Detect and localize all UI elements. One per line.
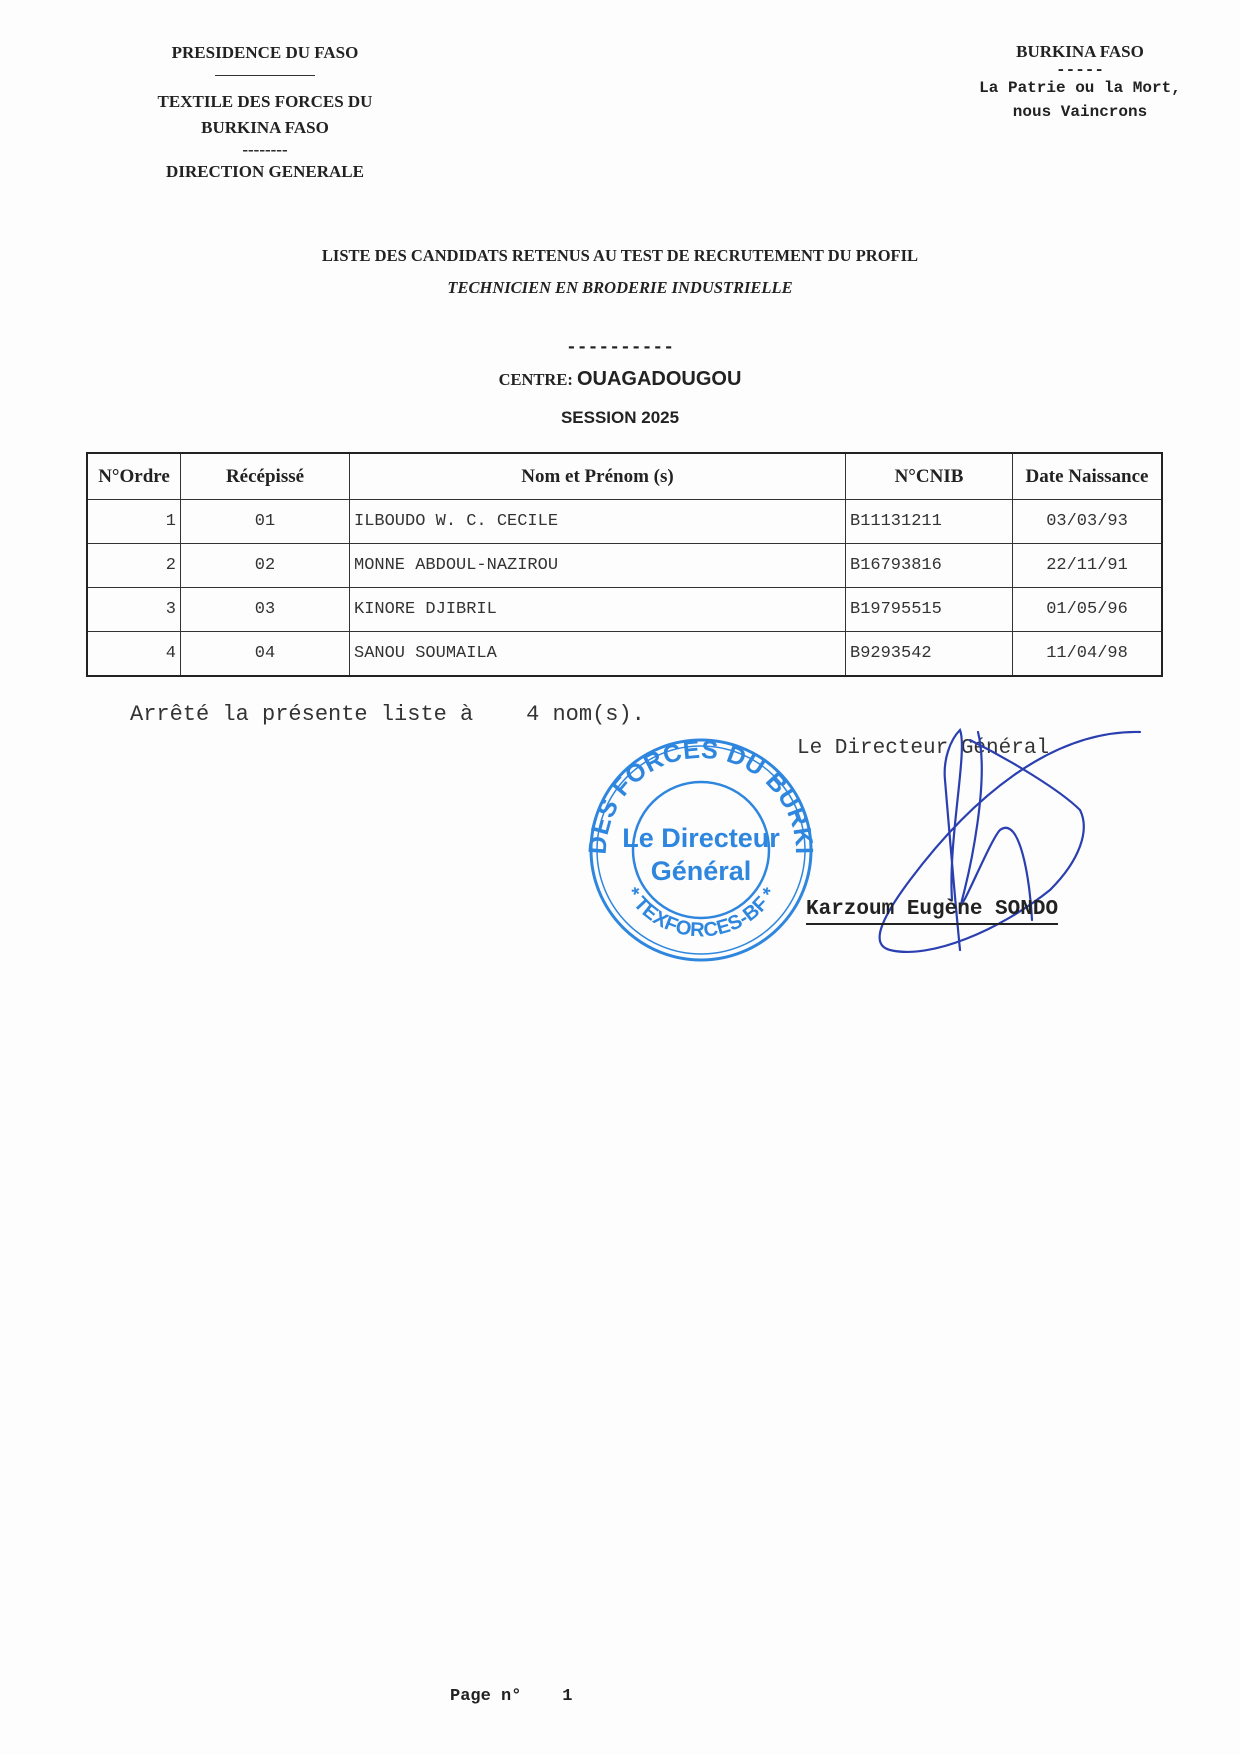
cell-recepisse: 03 <box>181 588 350 632</box>
cell-cnib: B11131211 <box>846 500 1013 544</box>
cell-date: 03/03/93 <box>1013 500 1163 544</box>
presidence-label: PRESIDENCE DU FASO <box>110 40 420 66</box>
motto-line2: nous Vaincrons <box>950 100 1210 124</box>
header-recepisse: Récépissé <box>181 453 350 500</box>
table-row: 2 02 MONNE ABDOUL-NAZIROU B16793816 22/1… <box>87 544 1162 588</box>
stamp-inner-line2: Général <box>651 856 752 886</box>
page-number: Page n° 1 <box>450 1687 572 1706</box>
official-stamp: TEXTILE DES FORCES DU BURKINA FASO * TEX… <box>576 735 826 965</box>
motto-line1: La Patrie ou la Mort, <box>950 76 1210 100</box>
signatory-name: Karzoum Eugène SONDO <box>806 898 1058 925</box>
header-date: Date Naissance <box>1013 453 1163 500</box>
cell-recepisse: 01 <box>181 500 350 544</box>
document-title: LISTE DES CANDIDATS RETENUS AU TEST DE R… <box>0 246 1240 266</box>
cell-ordre: 1 <box>87 500 181 544</box>
cell-ordre: 2 <box>87 544 181 588</box>
cell-nom: MONNE ABDOUL-NAZIROU <box>350 544 846 588</box>
table-header-row: N°Ordre Récépissé Nom et Prénom (s) N°CN… <box>87 453 1162 500</box>
cell-ordre: 3 <box>87 588 181 632</box>
table-row: 1 01 ILBOUDO W. C. CECILE B11131211 03/0… <box>87 500 1162 544</box>
cell-cnib: B9293542 <box>846 632 1013 677</box>
cell-cnib: B16793816 <box>846 544 1013 588</box>
cell-nom: ILBOUDO W. C. CECILE <box>350 500 846 544</box>
header-right: BURKINA FASO ----- La Patrie ou la Mort,… <box>950 40 1210 124</box>
cell-date: 22/11/91 <box>1013 544 1163 588</box>
header-nom: Nom et Prénom (s) <box>350 453 846 500</box>
org-name-line2: BURKINA FASO <box>110 115 420 141</box>
cell-nom: KINORE DJIBRIL <box>350 588 846 632</box>
profile-title: TECHNICIEN EN BRODERIE INDUSTRIELLE <box>0 278 1240 298</box>
cell-nom: SANOU SOUMAILA <box>350 632 846 677</box>
cell-recepisse: 02 <box>181 544 350 588</box>
header-ordre: N°Ordre <box>87 453 181 500</box>
cell-cnib: B19795515 <box>846 588 1013 632</box>
stamp-bottom-text: * TEXFORCES-BF * <box>621 884 781 942</box>
table-row: 4 04 SANOU SOUMAILA B9293542 11/04/98 <box>87 632 1162 677</box>
cell-date: 01/05/96 <box>1013 588 1163 632</box>
centre-value: OUAGADOUGOU <box>577 368 741 390</box>
header-cnib: N°CNIB <box>846 453 1013 500</box>
title-separator: ---------- <box>0 338 1240 358</box>
header-left: PRESIDENCE DU FASO TEXTILE DES FORCES DU… <box>110 40 420 185</box>
country-separator: ----- <box>950 64 1210 76</box>
header-separator: -------- <box>110 141 420 159</box>
signature-stroke <box>962 732 1032 920</box>
arrete-statement: Arrêté la présente liste à 4 nom(s). <box>130 702 645 727</box>
session-label: SESSION 2025 <box>0 408 1240 428</box>
table-row: 3 03 KINORE DJIBRIL B19795515 01/05/96 <box>87 588 1162 632</box>
direction-label: DIRECTION GENERALE <box>110 159 420 185</box>
cell-date: 11/04/98 <box>1013 632 1163 677</box>
org-name-line1: TEXTILE DES FORCES DU <box>110 89 420 115</box>
cell-recepisse: 04 <box>181 632 350 677</box>
header-rule <box>215 75 315 76</box>
centre-line: CENTRE: OUAGADOUGOU <box>0 368 1240 391</box>
candidates-table: N°Ordre Récépissé Nom et Prénom (s) N°CN… <box>86 452 1163 677</box>
cell-ordre: 4 <box>87 632 181 677</box>
centre-label: CENTRE: <box>499 370 573 389</box>
stamp-inner-line1: Le Directeur <box>622 823 780 853</box>
